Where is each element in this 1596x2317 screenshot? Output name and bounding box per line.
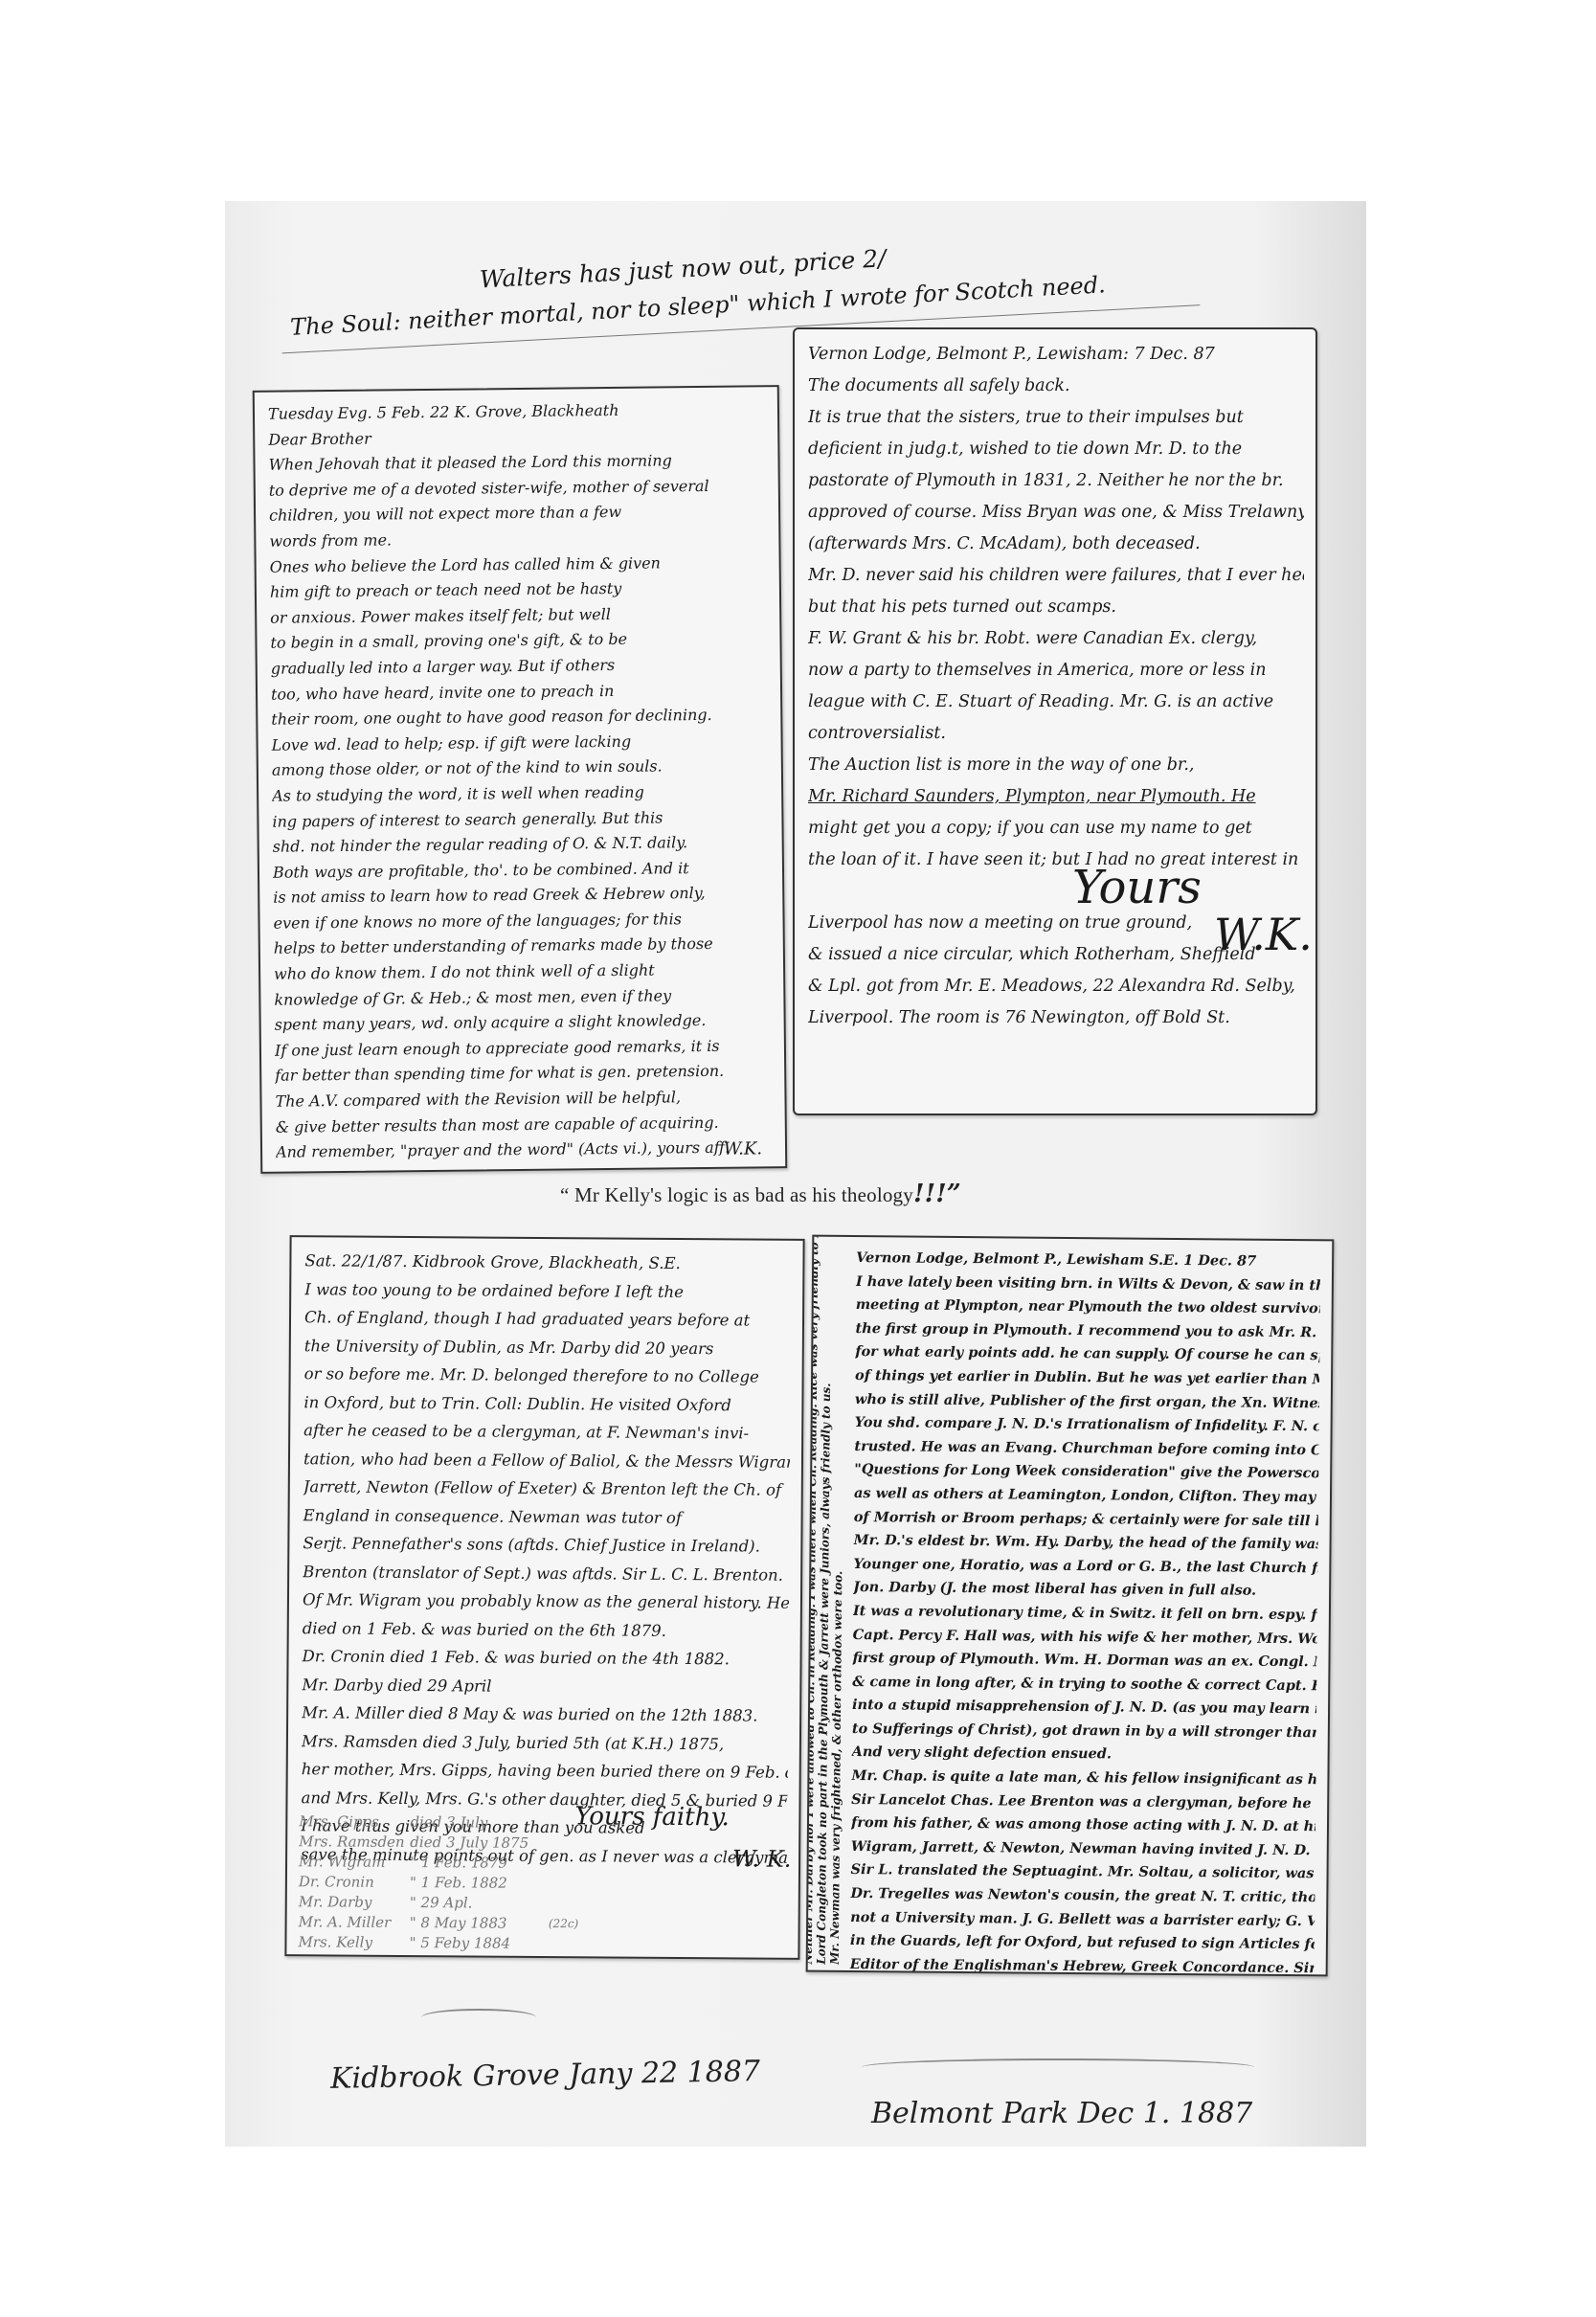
row-name: Mrs. Ramsden [299, 1832, 410, 1853]
letter-line: in Oxford, but to Trin. Coll: Dublin. He… [303, 1388, 790, 1420]
letter-line: Vernon Lodge, Belmont P., Lewisham S.E. … [856, 1247, 1320, 1274]
letter-line: died on 1 Feb. & was buried on the 6th 1… [303, 1614, 789, 1646]
letter-line: the University of Dublin, as Mr. Darby d… [304, 1332, 791, 1363]
row-name: Dr. Cronin [299, 1872, 410, 1893]
letter-line: Mr. Darby died 29 April [302, 1671, 788, 1702]
vertical-margin-note: Neither Mr. Darby nor I were allowed to … [814, 1247, 855, 1965]
closing: Yours faithy. [574, 1802, 730, 1832]
letter-line: (afterwards Mrs. C. McAdam), both deceas… [808, 529, 1304, 560]
row-date: died 3 July 1875 [410, 1833, 549, 1854]
signature: W.K. [1214, 909, 1313, 960]
letter-line: F. W. Grant & his br. Robt. were Canadia… [808, 623, 1304, 655]
letter-line: far better than spending time for what i… [275, 1059, 773, 1090]
letter-line: It was a revolutionary time, & in Switz.… [853, 1600, 1317, 1628]
table-row: Dr. Cronin" 1 Feb. 1882 [299, 1872, 586, 1894]
letter-line: Mr. A. Miller died 8 May & was buried on… [302, 1698, 788, 1730]
row-name: Mrs. Gipps [299, 1811, 410, 1833]
letter-line: helps to better understanding of remarks… [274, 932, 772, 962]
letter-line: Liverpool. The room is 76 Newington, off… [808, 1002, 1304, 1034]
letter-line: is not amiss to learn how to read Greek … [273, 881, 771, 911]
letter-line: Of Mr. Wigram you probably know as the g… [303, 1586, 789, 1617]
letter-body: Tuesday Evg. 5 Feb. 22 K. Grove, Blackhe… [268, 396, 774, 1165]
row-name: Mrs. Kelly [298, 1932, 409, 1953]
row-note [549, 1874, 586, 1894]
row-note [549, 1934, 586, 1954]
letter-line: now a party to themselves in America, mo… [808, 655, 1304, 686]
caption-right: Belmont Park Dec 1. 1887 [871, 2097, 1252, 2130]
letter-body: Sat. 22/1/87. Kidbrook Grove, Blackheath… [301, 1247, 792, 1872]
letter-line: Brenton (translator of Sept.) was aftds.… [303, 1558, 789, 1589]
table-row: Mr. Wigram" 1 Feb. 1879 [299, 1852, 586, 1874]
signature: W. K. [732, 1845, 791, 1872]
letter-line: And remember, "prayer and the word" (Act… [276, 1135, 774, 1165]
letter-line: league with C. E. Stuart of Reading. Mr.… [808, 686, 1304, 718]
letter-line: as well as others at Leamington, London,… [854, 1482, 1318, 1510]
letter-line: Mrs. Ramsden died 3 July, buried 5th (at… [302, 1727, 788, 1759]
letter-bottom-right: Neither Mr. Darby nor I were allowed to … [806, 1235, 1335, 1977]
letter-line: Mr. Chap. is quite a late man, & his fel… [851, 1765, 1315, 1792]
letter-body: Vernon Lodge, Belmont P., Lewisham S.E. … [849, 1247, 1320, 1976]
letter-line: England in consequence. Newman was tutor… [303, 1501, 789, 1533]
signature: W.K. [724, 1138, 762, 1158]
row-date: died 3 July [410, 1812, 549, 1833]
row-note: (22c) [549, 1914, 586, 1934]
printed-quote: “ Mr Kelly's logic is as bad as his theo… [560, 1180, 961, 1208]
row-note [549, 1854, 586, 1874]
letter-line: her mother, Mrs. Gipps, having been buri… [302, 1755, 788, 1787]
letter-line: controversialist. [808, 718, 1304, 750]
letter-line: tation, who had been a Fellow of Baliol,… [303, 1445, 790, 1476]
row-note [549, 1833, 586, 1854]
row-name: Mr. Wigram [299, 1852, 410, 1873]
row-name: Mr. A. Miller [299, 1912, 410, 1933]
table-row: Mr. Darby" 29 Apl. [299, 1892, 586, 1914]
letter-line: after he ceased to be a clergyman, at F.… [303, 1416, 790, 1448]
letter-line: The Auction list is more in the way of o… [808, 750, 1304, 781]
letter-line: Vernon Lodge, Belmont P., Lewisham: 7 De… [808, 339, 1304, 371]
pencil-dates-table: Mrs. Gippsdied 3 July Mrs. Ramsdendied 3… [298, 1811, 586, 1954]
letter-line: deficient in judg.t, wished to tie down … [808, 434, 1304, 465]
letter-line: Dr. Tregelles was Newton's cousin, the g… [850, 1882, 1315, 1910]
table-row: Mrs. Ramsdendied 3 July 1875 [299, 1832, 586, 1854]
letter-line: but that his pets turned out scamps. [808, 592, 1304, 623]
letter-top-left: Tuesday Evg. 5 Feb. 22 K. Grove, Blackhe… [253, 385, 788, 1174]
row-date: " 1 Feb. 1882 [410, 1873, 549, 1894]
quote-emphasis: !!!” [913, 1180, 961, 1208]
letter-line: Sat. 22/1/87. Kidbrook Grove, Blackheath… [304, 1247, 791, 1278]
letter-line: the loan of it. I have seen it; but I ha… [808, 844, 1304, 876]
quote-open-mark: “ [560, 1183, 570, 1206]
closing: Yours [1072, 861, 1202, 914]
letter-line: The documents all safely back. [808, 371, 1304, 402]
quote-text: Mr Kelly's logic is as bad as his theolo… [574, 1183, 913, 1206]
letter-top-right: Vernon Lodge, Belmont P., Lewisham: 7 De… [793, 327, 1317, 1115]
row-date: " 5 Feby 1884 [410, 1933, 549, 1954]
table-row: Mrs. Gippsdied 3 July [299, 1811, 586, 1833]
letter-line: Dr. Cronin died 1 Feb. & was buried on t… [302, 1642, 788, 1674]
letter-bottom-left: Sat. 22/1/87. Kidbrook Grove, Blackheath… [284, 1235, 804, 1960]
row-date: " 1 Feb. 1879 [410, 1853, 549, 1874]
row-date: " 29 Apl. [410, 1893, 549, 1914]
letter-line: pastorate of Plymouth in 1831, 2. Neithe… [808, 465, 1304, 497]
letter-line: & Lpl. got from Mr. E. Meadows, 22 Alexa… [808, 971, 1304, 1002]
table-row: Mrs. Kelly" 5 Feby 1884 [298, 1932, 585, 1954]
letter-line: their room, one ought to have good reaso… [271, 702, 769, 732]
letter-line: of things yet earlier in Dublin. But he … [855, 1364, 1319, 1392]
letter-line [808, 876, 1304, 908]
letter-line: approved of course. Miss Bryan was one, … [808, 497, 1304, 529]
letter-line: It is true that the sisters, true to the… [808, 402, 1304, 434]
table-row: Mr. A. Miller" 8 May 1883(22c) [299, 1912, 586, 1934]
letter-line: Mr. D.'s eldest br. Wm. Hy. Darby, the h… [853, 1529, 1317, 1557]
letter-line: Ch. of England, though I had graduated y… [304, 1303, 791, 1335]
letter-line: Serjt. Pennefather's sons (aftds. Chief … [303, 1529, 789, 1561]
letter-line: might get you a copy; if you can use my … [808, 813, 1304, 844]
row-note [549, 1894, 586, 1914]
row-date: " 8 May 1883 [410, 1913, 549, 1934]
row-name: Mr. Darby [299, 1892, 410, 1913]
brace-right [862, 2058, 1254, 2076]
letter-line: Jarrett, Newton (Fellow of Exeter) & Bre… [303, 1473, 790, 1504]
letter-line: Mr. D. never said his children were fail… [808, 560, 1304, 592]
letter-line: first group of Plymouth. Wm. H. Dorman w… [852, 1647, 1316, 1675]
letter-line: Mr. Richard Saunders, Plympton, near Ply… [808, 781, 1304, 813]
brace-left [421, 2009, 536, 2026]
letter-line: or so before me. Mr. D. belonged therefo… [304, 1360, 791, 1391]
letter-line: I was too young to be ordained before I … [304, 1275, 791, 1307]
